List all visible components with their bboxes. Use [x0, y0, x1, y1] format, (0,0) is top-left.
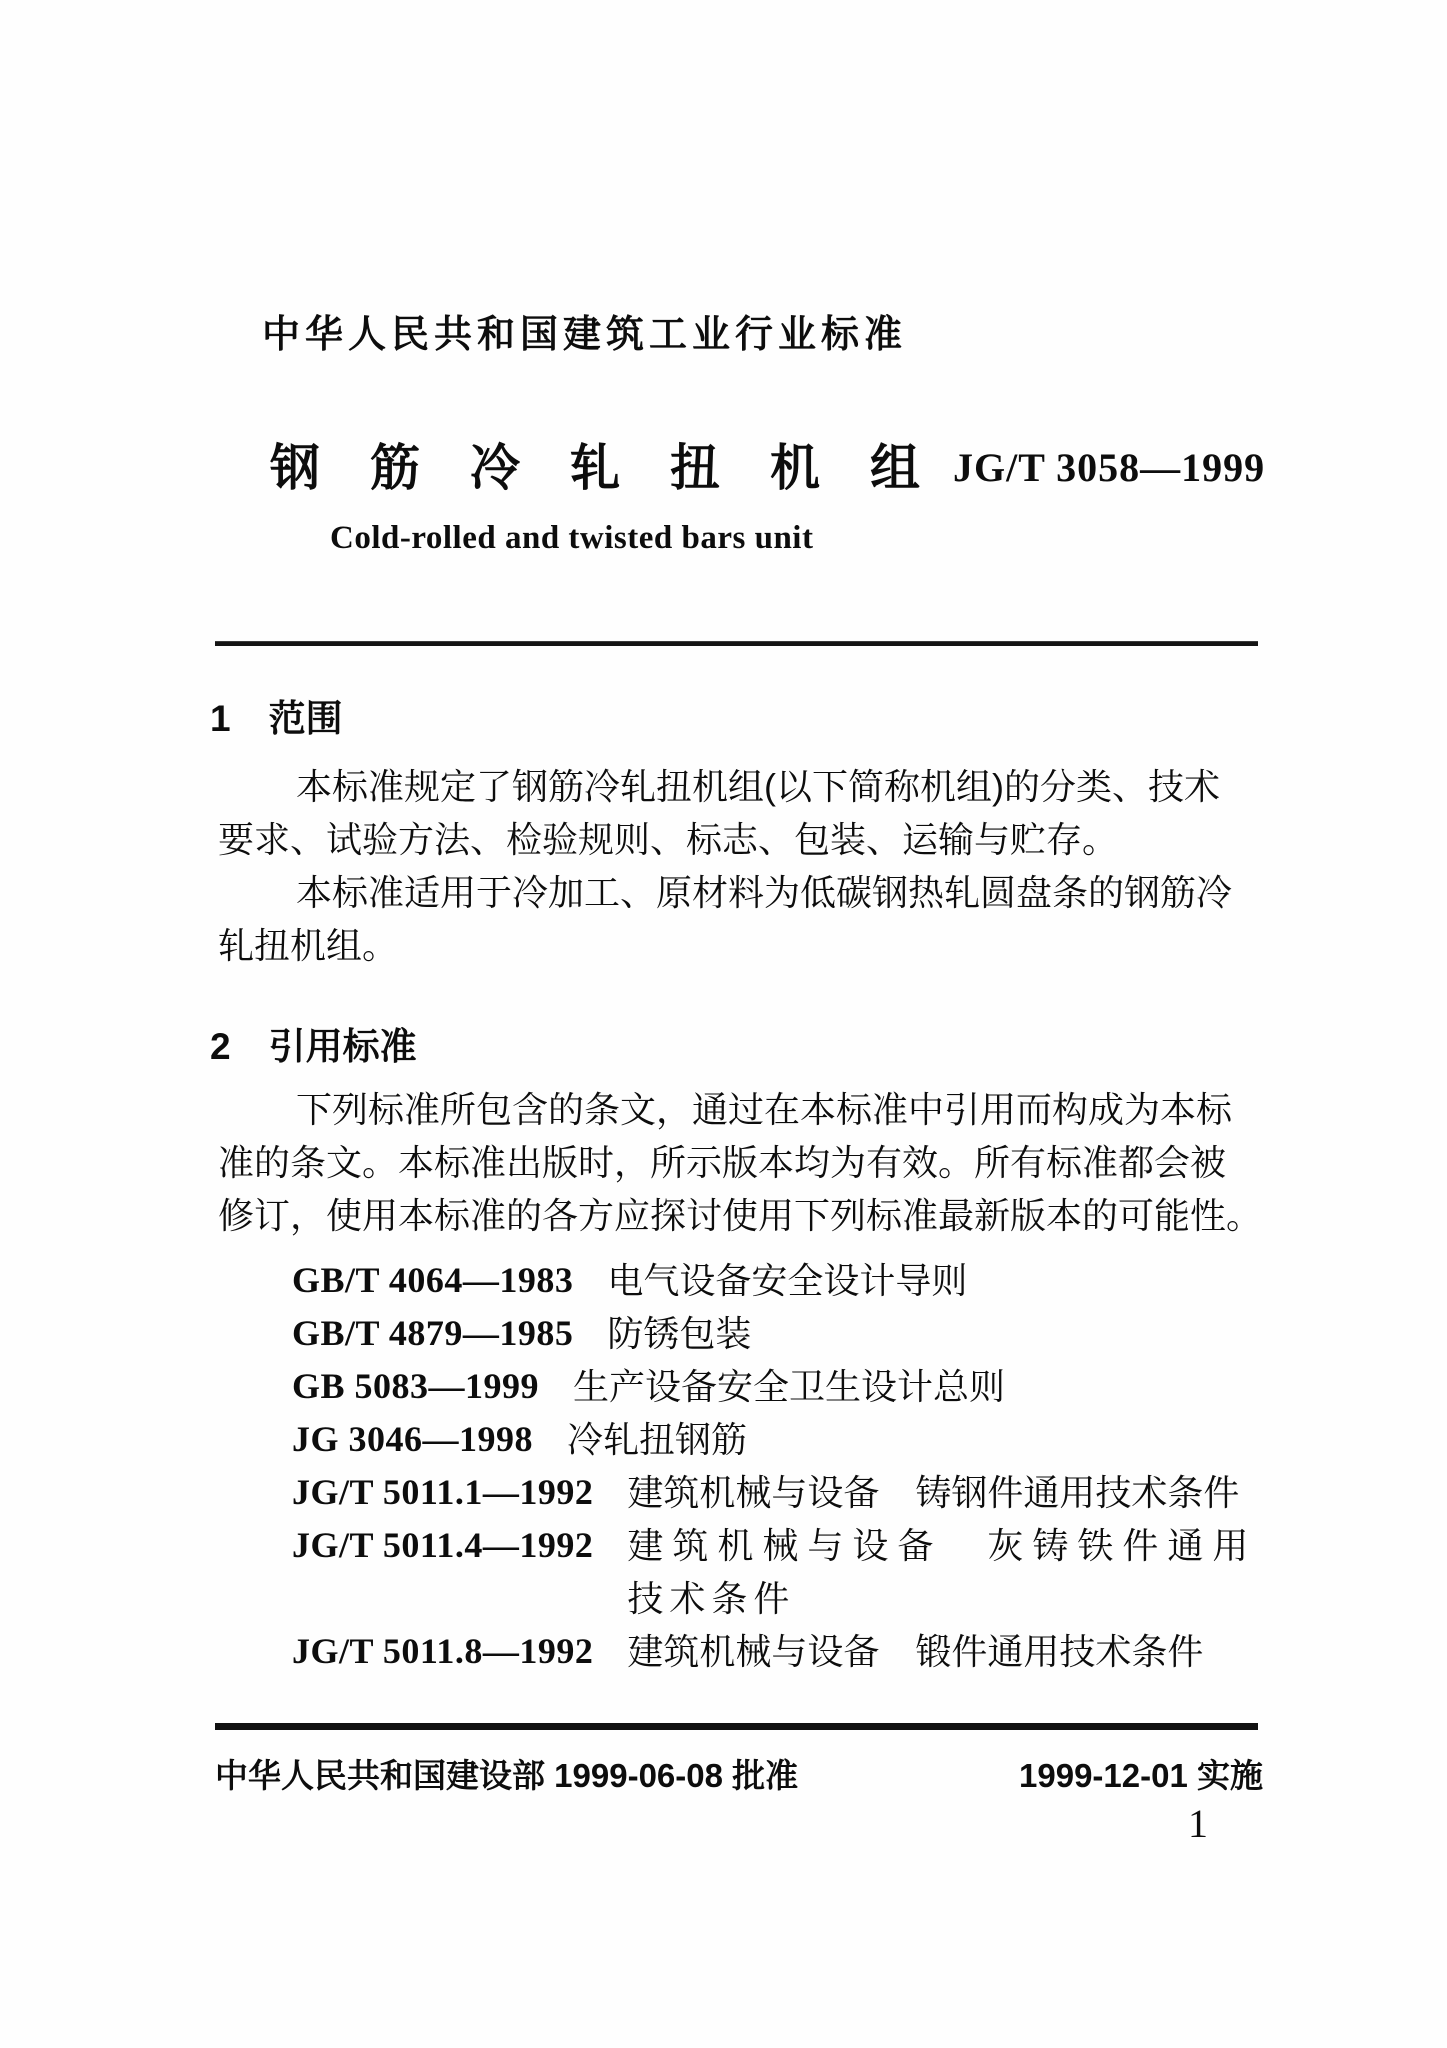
section-2-title: 引用标准: [269, 1026, 417, 1067]
implementation-date: 1999-12-01 实施: [1019, 1750, 1263, 1797]
paragraph-line: 本标准规定了钢筋冷轧扭机组(以下简称机组)的分类、技术: [218, 760, 1278, 813]
section-1-number: 1: [210, 698, 231, 739]
reference-title-line: 技术条件: [627, 1578, 795, 1619]
paragraph-line: 轧扭机组。: [218, 919, 1278, 972]
section-2-paragraphs: 下列标准所包含的条文，通过在本标准中引用而构成为本标 准的条文。本标准出版时，所…: [218, 1083, 1278, 1242]
reference-title: 防锈包装: [607, 1307, 751, 1360]
document-title-en: Cold-rolled and twisted bars unit: [330, 520, 813, 557]
reference-item: GB/T 4064—1983 电气设备安全设计导则: [292, 1254, 1257, 1307]
reference-item: JG/T 5011.1—1992 建筑机械与设备 铸钢件通用技术条件: [292, 1466, 1257, 1519]
footer: 中华人民共和国建设部 1999-06-08 批准 1999-12-01 实施: [215, 1750, 1263, 1797]
standard-code: JG/T 3058—1999: [953, 444, 1265, 491]
reference-title-line: 建筑机械与设备 灰铸铁件通用: [627, 1525, 1257, 1566]
section-1-heading: 1范围: [210, 688, 343, 742]
reference-code: GB/T 4879—1985: [292, 1307, 573, 1360]
reference-title: 建筑机械与设备 铸钢件通用技术条件: [627, 1466, 1239, 1519]
reference-title: 建筑机械与设备 灰铸铁件通用 技术条件: [627, 1519, 1257, 1625]
reference-title: 冷轧扭钢筋: [567, 1413, 747, 1466]
reference-code: JG/T 5011.8—1992: [292, 1625, 593, 1678]
section-1-paragraphs: 本标准规定了钢筋冷轧扭机组(以下简称机组)的分类、技术 要求、试验方法、检验规则…: [218, 760, 1278, 972]
reference-title: 建筑机械与设备 锻件通用技术条件: [627, 1625, 1203, 1678]
reference-item: GB 5083—1999 生产设备安全卫生设计总则: [292, 1360, 1257, 1413]
paragraph-line: 下列标准所包含的条文，通过在本标准中引用而构成为本标: [218, 1083, 1278, 1136]
standard-class-header: 中华人民共和国建筑工业行业标准: [262, 303, 907, 358]
page-number: 1: [1188, 1800, 1208, 1847]
section-2-heading: 2引用标准: [210, 1016, 417, 1070]
reference-item: JG/T 5011.4—1992 建筑机械与设备 灰铸铁件通用 技术条件: [292, 1519, 1257, 1625]
header-divider-rule: [215, 641, 1258, 646]
reference-code: GB 5083—1999: [292, 1360, 539, 1413]
paragraph-line: 要求、试验方法、检验规则、标志、包装、运输与贮存。: [218, 813, 1278, 866]
reference-item: JG 3046—1998 冷轧扭钢筋: [292, 1413, 1257, 1466]
paragraph-line: 本标准适用于冷加工、原材料为低碳钢热轧圆盘条的钢筋冷: [218, 866, 1278, 919]
section-2-number: 2: [210, 1026, 231, 1067]
reference-title: 生产设备安全卫生设计总则: [573, 1360, 1005, 1413]
approval-statement: 中华人民共和国建设部 1999-06-08 批准: [215, 1750, 798, 1797]
title-row: 钢筋冷轧扭机组: [270, 428, 970, 500]
footer-divider-rule: [215, 1723, 1258, 1730]
reference-code: JG/T 5011.1—1992: [292, 1466, 593, 1519]
reference-code: GB/T 4064—1983: [292, 1254, 573, 1307]
reference-code: JG 3046—1998: [292, 1413, 533, 1466]
paragraph-line: 准的条文。本标准出版时，所示版本均为有效。所有标准都会被: [218, 1136, 1278, 1189]
reference-item: JG/T 5011.8—1992 建筑机械与设备 锻件通用技术条件: [292, 1625, 1257, 1678]
document-page: 中华人民共和国建筑工业行业标准 钢筋冷轧扭机组 JG/T 3058—1999 C…: [0, 0, 1447, 2048]
reference-code: JG/T 5011.4—1992: [292, 1519, 593, 1572]
paragraph-line: 修订，使用本标准的各方应探讨使用下列标准最新版本的可能性。: [218, 1189, 1278, 1242]
section-1-title: 范围: [269, 698, 343, 739]
document-title-cn: 钢筋冷轧扭机组: [270, 440, 970, 496]
reference-item: GB/T 4879—1985 防锈包装: [292, 1307, 1257, 1360]
referenced-standards-list: GB/T 4064—1983 电气设备安全设计导则 GB/T 4879—1985…: [292, 1254, 1257, 1678]
reference-title: 电气设备安全设计导则: [607, 1254, 967, 1307]
